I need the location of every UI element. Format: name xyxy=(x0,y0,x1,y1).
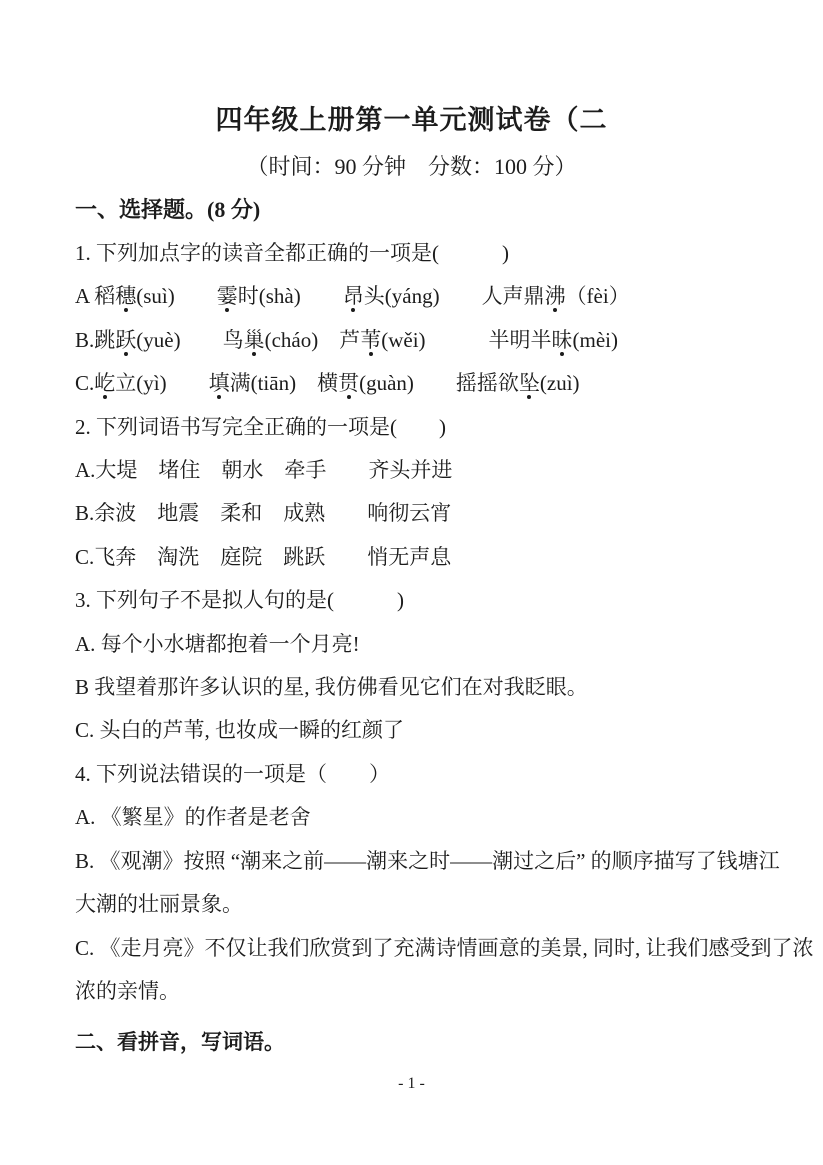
q1-stem: 1. 下列加点字的读音全都正确的一项是( ) xyxy=(75,232,763,275)
q4-option-a: A. 《繁星》的作者是老舍 xyxy=(75,796,763,839)
text-run: (cháo) xyxy=(265,328,340,352)
q3-option-b: B 我望着那许多认识的星, 我仿佛看见它们在对我眨眼。 xyxy=(75,666,763,709)
q4-stem: 4. 下列说法错误的一项是（ ） xyxy=(75,753,763,796)
text-run: 摇摇欲 xyxy=(456,371,519,395)
text-run: 人声鼎 xyxy=(482,284,545,308)
dotted-character: 巢 xyxy=(244,328,265,352)
test-paper-page: 四年级上册第一单元测试卷（二 （时间：90 分钟 分数：100 分） 一、选择题… xyxy=(0,0,823,1165)
text-run: (suì) xyxy=(136,284,217,308)
dotted-character: 昧 xyxy=(552,328,573,352)
q4-option-c-line2: 浓的亲情。 xyxy=(75,970,763,1013)
q2-stem: 2. 下列词语书写完全正确的一项是( ) xyxy=(75,406,763,449)
dotted-character: 填 xyxy=(209,371,230,395)
q1-option-a: A 稻穗(suì) 霎时(shà) 昂头(yáng) 人声鼎沸（fèi） xyxy=(75,275,763,318)
section-1-heading: 一、选择题。(8 分) xyxy=(75,196,753,223)
time-score-subtitle: （时间：90 分钟 分数：100 分） xyxy=(0,152,823,182)
text-run: 满(tiān) xyxy=(230,371,317,395)
text-run: 鸟 xyxy=(223,328,244,352)
dotted-character: 坠 xyxy=(519,371,540,395)
q3-stem: 3. 下列句子不是拟人句的是( ) xyxy=(75,579,763,622)
dotted-character: 沸 xyxy=(545,284,566,308)
text-run: (guàn) xyxy=(359,371,456,395)
dotted-character: 昂 xyxy=(343,284,364,308)
dotted-character: 跃 xyxy=(115,328,136,352)
dotted-character: 穗 xyxy=(115,284,136,308)
q2-option-b: B.余波 地震 柔和 成熟 响彻云宵 xyxy=(75,492,763,535)
q3-option-a: A. 每个小水塘都抱着一个月亮! xyxy=(75,623,763,666)
question-body: 1. 下列加点字的读音全都正确的一项是( ) A 稻穗(suì) 霎时(shà)… xyxy=(75,232,763,1065)
text-run: B.跳 xyxy=(75,328,115,352)
text-run: C. xyxy=(75,371,94,395)
dotted-character: 苇 xyxy=(360,328,381,352)
text-run: A 稻 xyxy=(75,284,115,308)
q4-option-b-line1: B. 《观潮》按照 “潮来之前——潮来之时——潮过之后” 的顺序描写了钱塘江 xyxy=(75,840,763,883)
q4-option-c-line1: C. 《走月亮》不仅让我们欣赏到了充满诗情画意的美景, 同时, 让我们感受到了浓 xyxy=(75,927,763,970)
q3-option-c: C. 头白的芦苇, 也妆成一瞬的红颜了 xyxy=(75,709,763,752)
text-run: 头(yáng) xyxy=(364,284,482,308)
text-run: 芦 xyxy=(339,328,360,352)
text-run: 立(yì) xyxy=(115,371,208,395)
section-2-heading: 二、看拼音，写词语。 xyxy=(75,1021,763,1064)
text-run: (yuè) xyxy=(136,328,222,352)
q1-option-b: B.跳跃(yuè) 鸟巢(cháo) 芦苇(wěi) 半明半昧(mèi) xyxy=(75,319,763,362)
dotted-character: 霎 xyxy=(217,284,238,308)
dotted-character: 贯 xyxy=(338,371,359,395)
text-run: （fèi） xyxy=(566,284,630,308)
dotted-character: 屹 xyxy=(94,371,115,395)
q2-option-c: C.飞奔 淘洗 庭院 跳跃 悄无声息 xyxy=(75,536,763,579)
text-run: 半明半 xyxy=(489,328,552,352)
text-run: (zuì) xyxy=(540,371,580,395)
text-run: 横 xyxy=(317,371,338,395)
text-run: (wěi) xyxy=(381,328,488,352)
text-run: (mèi) xyxy=(573,328,618,352)
page-number: - 1 - xyxy=(0,1074,823,1094)
q1-option-c: C.屹立(yì) 填满(tiān) 横贯(guàn) 摇摇欲坠(zuì) xyxy=(75,362,763,405)
page-title: 四年级上册第一单元测试卷（二 xyxy=(0,103,823,137)
q2-option-a: A.大堤 堵住 朝水 牵手 齐头并进 xyxy=(75,449,763,492)
text-run: 时(shà) xyxy=(238,284,343,308)
q4-option-b-line2: 大潮的壮丽景象。 xyxy=(75,883,763,926)
